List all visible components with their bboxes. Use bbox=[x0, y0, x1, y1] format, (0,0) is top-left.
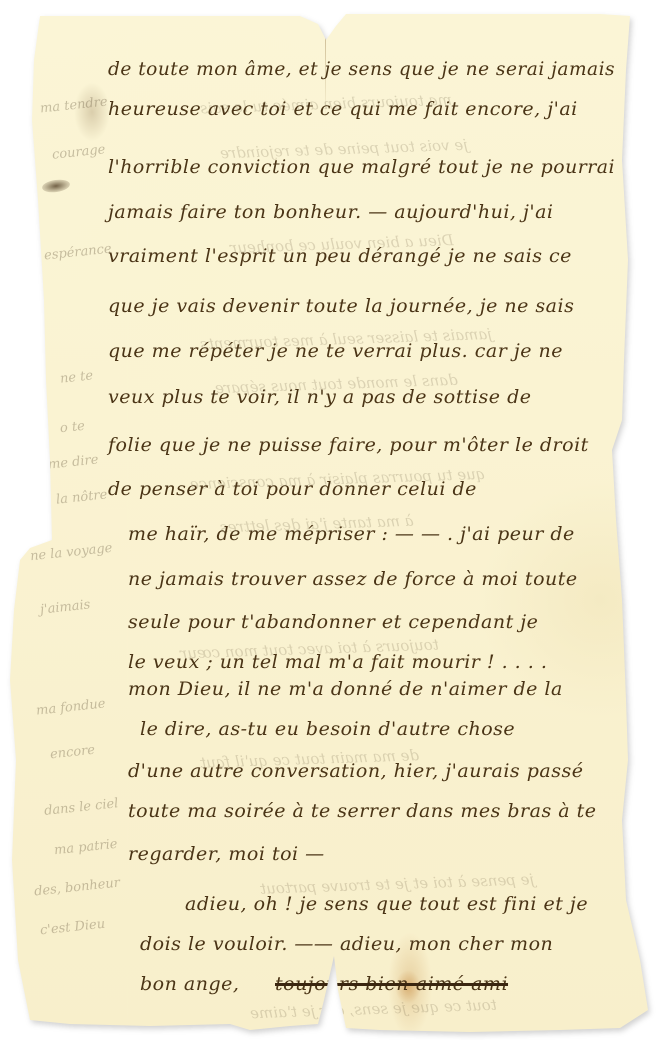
handwritten-line: le dire, as-tu eu besoin d'autre chose bbox=[140, 718, 515, 740]
handwritten-line: dois le vouloir. —— adieu, mon cher mon bbox=[140, 933, 553, 955]
handwritten-line: bon ange, bbox=[140, 973, 239, 995]
handwritten-line: le veux ; un tel mal m'a fait mourir ! .… bbox=[128, 651, 547, 673]
margin-note: dans le ciel bbox=[43, 796, 119, 819]
margin-note: ma tendre bbox=[39, 95, 108, 117]
letter-sheet: ma toujours bien aimée tu le saisje vois… bbox=[0, 0, 658, 1040]
margin-note: ne te bbox=[59, 368, 94, 386]
margin-note: encore bbox=[49, 743, 95, 763]
margin-note: ma fondue bbox=[35, 696, 106, 718]
handwritten-line: adieu, oh ! je sens que tout est fini et… bbox=[185, 893, 588, 915]
margin-note: o te bbox=[59, 419, 85, 437]
handwritten-line: folie que je ne puisse faire, pour m'ôte… bbox=[108, 434, 589, 456]
handwritten-line: d'une autre conversation, hier, j'aurais… bbox=[128, 760, 583, 782]
handwritten-line: de penser à toi pour donner celui de bbox=[108, 478, 477, 500]
handwritten-line: regarder, moi toi — bbox=[128, 843, 325, 865]
margin-note: j'aimais bbox=[39, 597, 91, 617]
margin-note: des, bonheur bbox=[33, 876, 120, 900]
handwritten-line: toute ma soirée à te serrer dans mes bra… bbox=[128, 800, 596, 822]
margin-note: ne la voyage bbox=[29, 541, 113, 565]
handwritten-line: vraiment l'esprit un peu dérangé je ne s… bbox=[108, 245, 572, 267]
margin-note: ma patrie bbox=[53, 837, 118, 859]
handwritten-line: jamais faire ton bonheur. — aujourd'hui,… bbox=[108, 201, 554, 223]
handwritten-line: ne jamais trouver assez de force à moi t… bbox=[128, 568, 578, 590]
paper: ma toujours bien aimée tu le saisje vois… bbox=[0, 0, 658, 1040]
margin-note: c'est Dieu bbox=[39, 917, 105, 939]
handwritten-line: seule pour t'abandonner et cependant je bbox=[128, 611, 538, 633]
margin-note: courage bbox=[51, 142, 106, 163]
margin-note: espérance bbox=[43, 242, 112, 264]
handwritten-line: heureuse avec toi et ce qui me fait enco… bbox=[108, 98, 578, 120]
handwritten-line: que je vais devenir toute la journée, je… bbox=[108, 295, 574, 317]
handwritten-line: veux plus te voir, il n'y a pas de sotti… bbox=[108, 386, 531, 408]
handwritten-line: que me répéter je ne te verrai plus. car… bbox=[108, 340, 563, 362]
handwritten-line: l'horrible conviction que malgré tout je… bbox=[108, 156, 615, 178]
handwritten-line: mon Dieu, il ne m'a donné de n'aimer de … bbox=[128, 678, 563, 700]
show-through-line: tout ce que je sens, car je t'aime bbox=[250, 996, 497, 1023]
margin-note: me dire bbox=[47, 452, 99, 472]
margin-note: la nôtre bbox=[55, 487, 108, 507]
struck-through-text: toujours bien-aimé ami bbox=[275, 973, 508, 995]
handwritten-line: de toute mon âme, et je sens que je ne s… bbox=[108, 58, 615, 80]
handwritten-line: me haïr, de me mépriser : — — . j'ai peu… bbox=[128, 523, 575, 545]
ink-blot bbox=[41, 178, 70, 194]
